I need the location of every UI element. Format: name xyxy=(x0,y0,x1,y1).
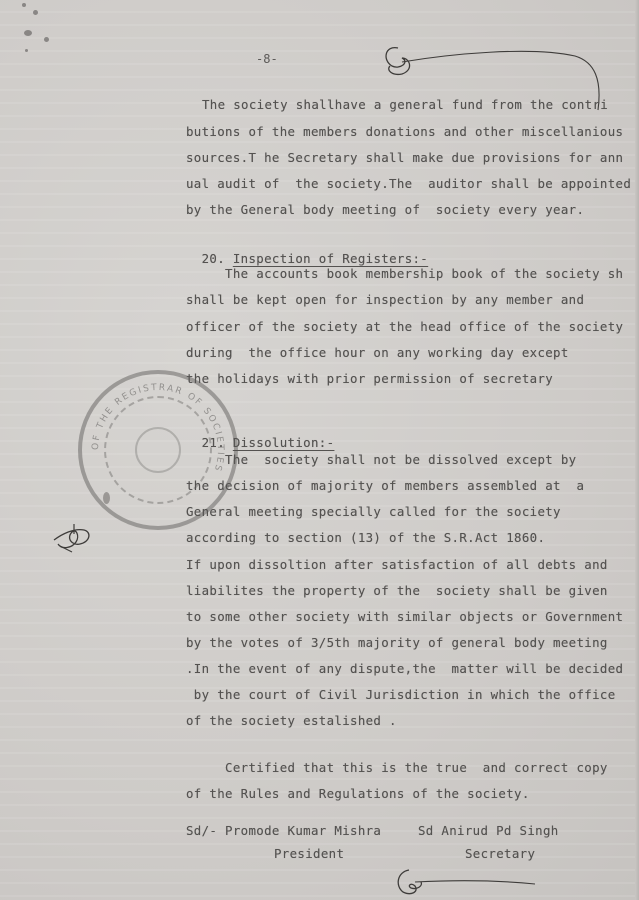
section-line: by the court of Civil Jurisdiction in wh… xyxy=(186,687,616,702)
section-20-heading: 20. Inspection of Registers:- xyxy=(186,236,428,266)
ink-speck xyxy=(33,10,38,15)
ink-speck xyxy=(44,37,49,42)
section-number: 20. xyxy=(202,251,225,266)
certification-line: of the Rules and Regulations of the soci… xyxy=(186,786,530,801)
handwritten-initial-bottom xyxy=(395,866,545,900)
section-number: 21. xyxy=(202,435,225,450)
section-line: .In the event of any dispute,the matter … xyxy=(186,661,623,676)
section-line: The society shall not be dissolved excep… xyxy=(186,452,577,467)
section-line: the decision of majority of members asse… xyxy=(186,478,584,493)
ink-speck xyxy=(25,49,28,52)
section-title: Dissolution:- xyxy=(233,435,335,450)
certification-line: Certified that this is the true and corr… xyxy=(186,760,608,775)
secretary-title: Secretary xyxy=(465,846,535,861)
section-line: If upon dissoltion after satisfaction of… xyxy=(186,557,608,572)
section-line: officer of the society at the head offic… xyxy=(186,319,623,334)
section-line: General meeting specially called for the… xyxy=(186,504,561,519)
section-line: the holidays with prior permission of se… xyxy=(186,371,553,386)
secretary-signature: Sd Anirud Pd Singh xyxy=(418,823,559,838)
section-line: of the society estalished . xyxy=(186,713,397,728)
ink-speck xyxy=(22,3,26,7)
paragraph-line: The society shallhave a general fund fro… xyxy=(202,97,608,112)
section-line: shall be kept open for inspection by any… xyxy=(186,292,584,307)
section-line: liabilites the property of the society s… xyxy=(186,583,608,598)
section-line: by the votes of 3/5th majority of genera… xyxy=(186,635,608,650)
section-line: The accounts book membership book of the… xyxy=(186,266,623,281)
paragraph-line: sources.T he Secretary shall make due pr… xyxy=(186,150,623,165)
section-line: to some other society with similar objec… xyxy=(186,609,623,624)
paragraph-line: ual audit of the society.The auditor sha… xyxy=(186,176,631,191)
ink-speck xyxy=(24,30,32,36)
section-title: Inspection of Registers:- xyxy=(233,251,428,266)
section-line: during the office hour on any working da… xyxy=(186,345,569,360)
paragraph-line: butions of the members donations and oth… xyxy=(186,124,623,139)
president-title: President xyxy=(274,846,344,861)
page-number: -8- xyxy=(256,52,278,66)
president-signature: Sd/- Promode Kumar Mishra xyxy=(186,823,381,838)
paper-edge xyxy=(635,0,639,900)
section-line: according to section (13) of the S.R.Act… xyxy=(186,530,545,545)
handwritten-mark-left xyxy=(50,522,100,554)
ink-blot xyxy=(103,492,110,504)
paragraph-line: by the General body meeting of society e… xyxy=(186,202,584,217)
section-21-heading: 21. Dissolution:- xyxy=(186,420,334,450)
